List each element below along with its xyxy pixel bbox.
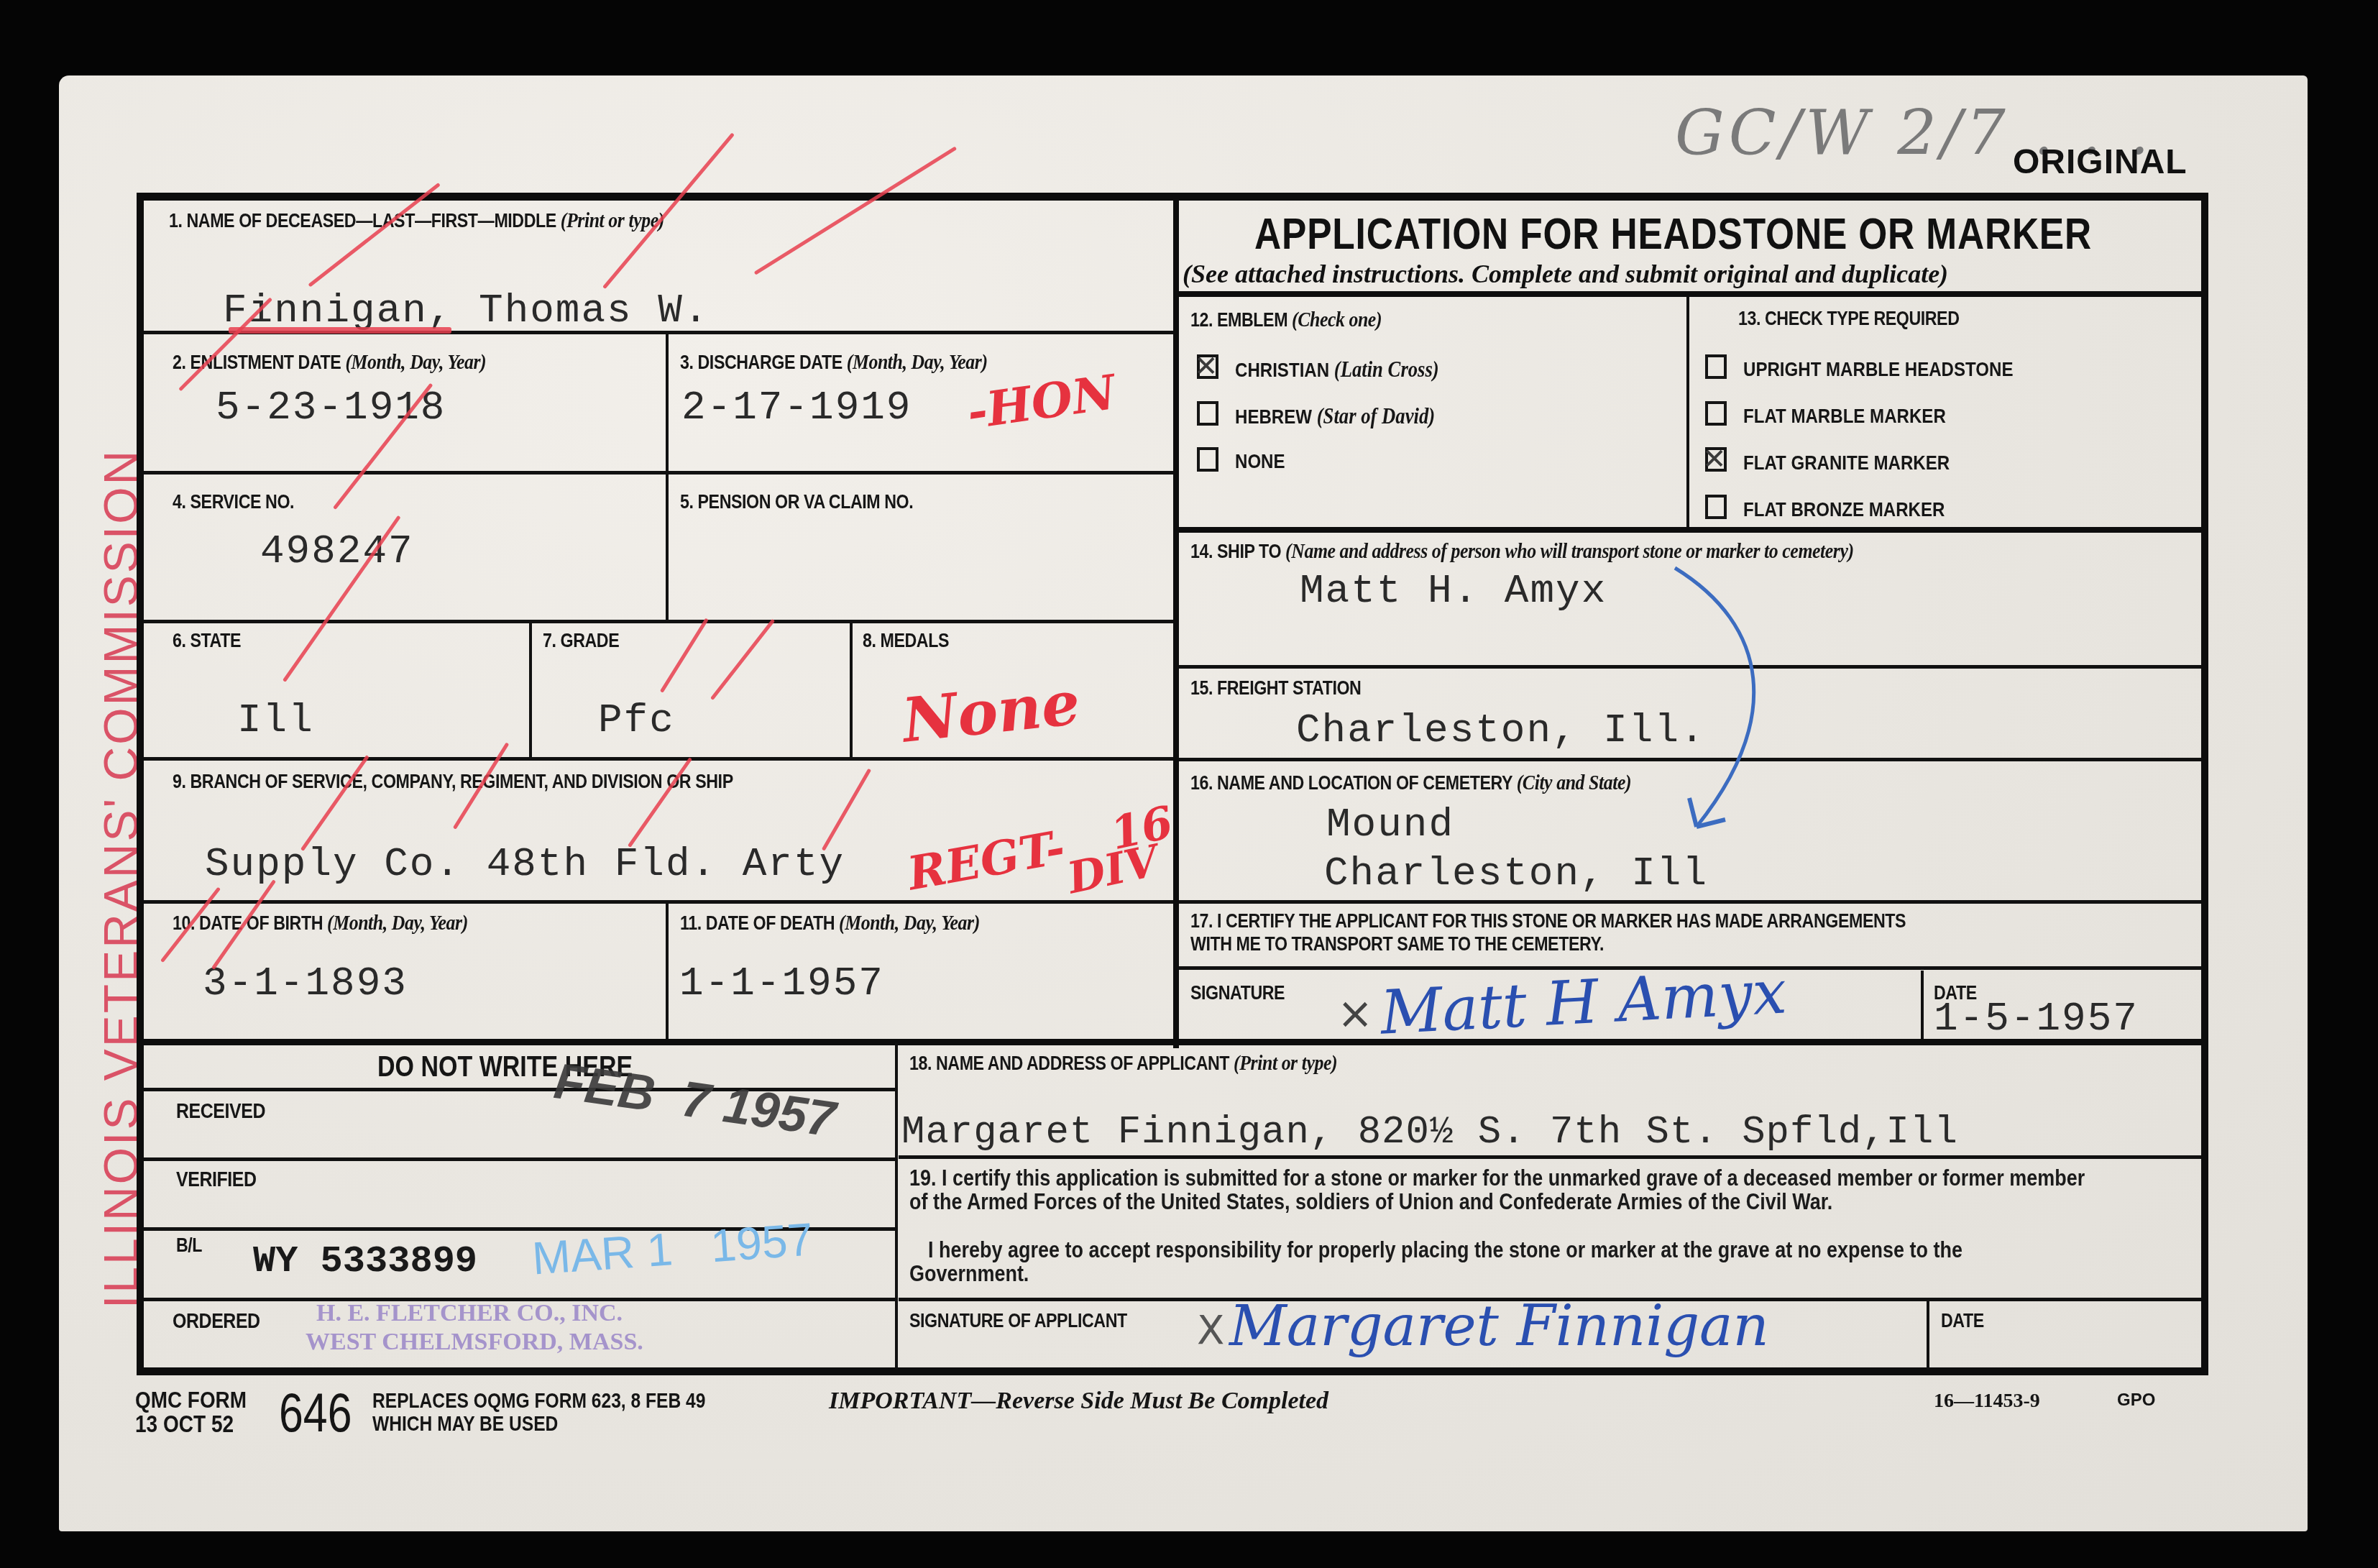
field-3-label: 3. DISCHARGE DATE (Month, Day, Year) bbox=[680, 350, 988, 375]
divider bbox=[850, 620, 853, 757]
field-10-label: 10. DATE OF BIRTH (Month, Day, Year) bbox=[173, 911, 468, 935]
applicant-signature[interactable]: Margaret Finnigan bbox=[1229, 1294, 1769, 1359]
print-code: 16—11453-9 bbox=[1934, 1390, 2040, 1413]
emblem-hebrew-text: HEBREW bbox=[1235, 405, 1312, 428]
grade-value[interactable]: Pfc bbox=[598, 697, 675, 743]
field-3-label-text: 3. DISCHARGE DATE bbox=[680, 352, 843, 373]
type-flat-bronze-checkbox[interactable] bbox=[1705, 495, 1727, 519]
applicant-date-value[interactable] bbox=[1941, 1330, 2185, 1362]
responsibility-text: I hereby agree to accept responsibility … bbox=[909, 1238, 2085, 1285]
field-18-label: 18. NAME AND ADDRESS OF APPLICANT (Print… bbox=[909, 1051, 1337, 1076]
field-5-label: 5. PENSION OR VA CLAIM NO. bbox=[680, 491, 913, 513]
type-flat-granite-label: FLAT GRANITE MARKER bbox=[1743, 451, 1950, 474]
emblem-hebrew-hint: (Star of David) bbox=[1317, 403, 1435, 428]
field-10-label-hint: (Month, Day, Year) bbox=[327, 911, 468, 935]
ordered-label: ORDERED bbox=[173, 1310, 260, 1334]
divider bbox=[144, 900, 1173, 904]
field-1-label-text: 1. NAME OF DECEASED—LAST—FIRST—MIDDLE bbox=[169, 210, 556, 231]
replaces-line1: REPLACES OQMG FORM 623, 8 FEB 49 bbox=[372, 1389, 705, 1413]
divider bbox=[144, 1039, 2201, 1045]
field-3-label-hint: (Month, Day, Year) bbox=[847, 350, 988, 374]
state-value[interactable]: Ill bbox=[237, 697, 314, 743]
field-14-label-text: 14. SHIP TO bbox=[1190, 541, 1281, 562]
type-upright-marble-label: UPRIGHT MARBLE HEADSTONE bbox=[1743, 358, 2013, 381]
type-flat-bronze-label: FLAT BRONZE MARKER bbox=[1743, 498, 1945, 521]
bill-of-lading-label: B/L bbox=[176, 1234, 202, 1257]
printer-mark: GPO bbox=[2117, 1390, 2155, 1411]
field-14-label: 14. SHIP TO (Name and address of person … bbox=[1190, 539, 1854, 564]
field-12-label: 12. EMBLEM (Check one) bbox=[1190, 308, 1382, 332]
divider bbox=[1179, 291, 2201, 297]
type-flat-marble-checkbox[interactable] bbox=[1705, 401, 1727, 426]
frame-bottom bbox=[137, 1367, 2208, 1375]
field-1-label-hint: (Print or type) bbox=[561, 208, 664, 232]
transporter-date-value[interactable]: 1-5-1957 bbox=[1934, 996, 2139, 1042]
emblem-christian-checkbox[interactable] bbox=[1197, 354, 1218, 379]
copy-label: ORIGINAL bbox=[2013, 142, 2188, 182]
divider bbox=[899, 1155, 2201, 1159]
divider bbox=[144, 471, 1173, 474]
field-6-label: 6. STATE bbox=[173, 630, 241, 652]
form-title: APPLICATION FOR HEADSTONE OR MARKER bbox=[1254, 208, 2092, 260]
emblem-christian-label: CHRISTIAN (Latin Cross) bbox=[1235, 357, 1439, 382]
cemetery-location-value[interactable]: Charleston, Ill bbox=[1324, 851, 1708, 897]
field-18-label-text: 18. NAME AND ADDRESS OF APPLICANT bbox=[909, 1053, 1229, 1074]
important-notice: IMPORTANT—Reverse Side Must Be Completed bbox=[829, 1388, 1328, 1415]
date-of-birth-value[interactable]: 3-1-1893 bbox=[203, 960, 408, 1007]
divider bbox=[895, 1042, 898, 1370]
field-16-label: 16. NAME AND LOCATION OF CEMETERY (City … bbox=[1190, 771, 1631, 795]
divider bbox=[1921, 971, 1924, 1039]
field-12-label-hint: (Check one) bbox=[1292, 308, 1382, 331]
field-11-label: 11. DATE OF DEATH (Month, Day, Year) bbox=[680, 911, 980, 935]
ship-to-value[interactable]: Matt H. Amyx bbox=[1300, 568, 1607, 614]
divider bbox=[666, 331, 669, 620]
emblem-none-checkbox[interactable] bbox=[1197, 447, 1218, 472]
certification-text: 19. I certify this application is submit… bbox=[909, 1166, 2085, 1214]
field-2-label-hint: (Month, Day, Year) bbox=[345, 350, 486, 374]
field-7-label: 7. GRADE bbox=[543, 630, 619, 652]
date-of-death-value[interactable]: 1-1-1957 bbox=[679, 960, 884, 1007]
form-number: 646 bbox=[279, 1382, 352, 1444]
type-upright-marble-checkbox[interactable] bbox=[1705, 354, 1727, 379]
field-14-label-hint: (Name and address of person who will tra… bbox=[1285, 539, 1854, 563]
pension-claim-value[interactable] bbox=[704, 528, 992, 572]
emblem-none-label: NONE bbox=[1235, 450, 1285, 473]
service-number-value[interactable]: 498247 bbox=[260, 528, 414, 574]
divider bbox=[529, 620, 532, 757]
red-underline bbox=[229, 327, 451, 334]
frame-top bbox=[137, 193, 2208, 201]
emblem-christian-hint: (Latin Cross) bbox=[1334, 357, 1439, 382]
field-11-label-hint: (Month, Day, Year) bbox=[839, 911, 980, 935]
divider bbox=[1179, 900, 2201, 904]
ordered-stamp-line1: H. E. FLETCHER CO., INC. bbox=[316, 1300, 623, 1327]
field-1-label: 1. NAME OF DECEASED—LAST—FIRST—MIDDLE (P… bbox=[169, 208, 664, 233]
blue-arrow-icon bbox=[1653, 561, 1941, 848]
column-divider bbox=[1173, 193, 1179, 1048]
cemetery-name-value[interactable]: Mound bbox=[1326, 802, 1454, 848]
field-17-label-line1: 17. I CERTIFY THE APPLICANT FOR THIS STO… bbox=[1190, 910, 1906, 932]
verified-label: VERIFIED bbox=[176, 1168, 257, 1192]
form-id-line2: 13 OCT 52 bbox=[135, 1411, 234, 1438]
applicant-name-address-value[interactable]: Margaret Finnigan, 820½ S. 7th St. Spfld… bbox=[901, 1111, 1958, 1155]
form-id-line1: QMC FORM bbox=[135, 1388, 247, 1413]
field-2-label: 2. ENLISTMENT DATE (Month, Day, Year) bbox=[173, 350, 486, 375]
field-15-label: 15. FREIGHT STATION bbox=[1190, 677, 1361, 700]
discharge-date-value[interactable]: 2-17-1919 bbox=[681, 385, 912, 431]
emblem-hebrew-checkbox[interactable] bbox=[1197, 401, 1218, 426]
signature-label: SIGNATURE bbox=[1190, 982, 1285, 1004]
divider bbox=[1179, 527, 2201, 533]
divider bbox=[666, 900, 669, 1039]
field-16-label-text: 16. NAME AND LOCATION OF CEMETERY bbox=[1190, 772, 1512, 794]
replaces-line2: WHICH MAY BE USED bbox=[372, 1412, 558, 1436]
field-17-label-line2: WITH ME TO TRANSPORT SAME TO THE CEMETER… bbox=[1190, 933, 1604, 955]
bill-of-lading-value[interactable]: WY 5333899 bbox=[253, 1240, 477, 1283]
field-12-label-text: 12. EMBLEM bbox=[1190, 309, 1287, 331]
type-flat-granite-checkbox[interactable] bbox=[1705, 447, 1727, 472]
divider bbox=[144, 757, 1173, 761]
field-11-label-text: 11. DATE OF DEATH bbox=[680, 912, 835, 934]
frame-right bbox=[2201, 193, 2208, 1375]
applicant-signature-mark: X bbox=[1197, 1307, 1224, 1354]
form-subtitle: (See attached instructions. Complete and… bbox=[1183, 259, 1948, 289]
frame-left bbox=[137, 193, 144, 1375]
field-8-label: 8. MEDALS bbox=[863, 630, 949, 652]
emblem-christian-text: CHRISTIAN bbox=[1235, 359, 1329, 381]
divider bbox=[1686, 297, 1689, 528]
field-16-label-hint: (City and State) bbox=[1517, 771, 1631, 794]
freight-station-value[interactable]: Charleston, Ill. bbox=[1296, 707, 1706, 753]
divider bbox=[144, 620, 1173, 623]
emblem-hebrew-label: HEBREW (Star of David) bbox=[1235, 403, 1435, 429]
ordered-stamp-line2: WEST CHELMSFORD, MASS. bbox=[306, 1329, 643, 1356]
field-4-label: 4. SERVICE NO. bbox=[173, 491, 294, 513]
divider bbox=[144, 1157, 895, 1161]
field-13-label: 13. CHECK TYPE REQUIRED bbox=[1738, 308, 1960, 330]
applicant-signature-label: SIGNATURE OF APPLICANT bbox=[909, 1310, 1127, 1332]
applicant-date-label: DATE bbox=[1941, 1310, 1984, 1332]
signature-mark: × bbox=[1337, 989, 1373, 1039]
field-9-label: 9. BRANCH OF SERVICE, COMPANY, REGIMENT,… bbox=[173, 771, 733, 793]
received-label: RECEIVED bbox=[176, 1100, 265, 1124]
type-flat-marble-label: FLAT MARBLE MARKER bbox=[1743, 405, 1946, 428]
field-18-label-hint: (Print or type) bbox=[1234, 1051, 1337, 1075]
divider bbox=[1927, 1301, 1929, 1370]
